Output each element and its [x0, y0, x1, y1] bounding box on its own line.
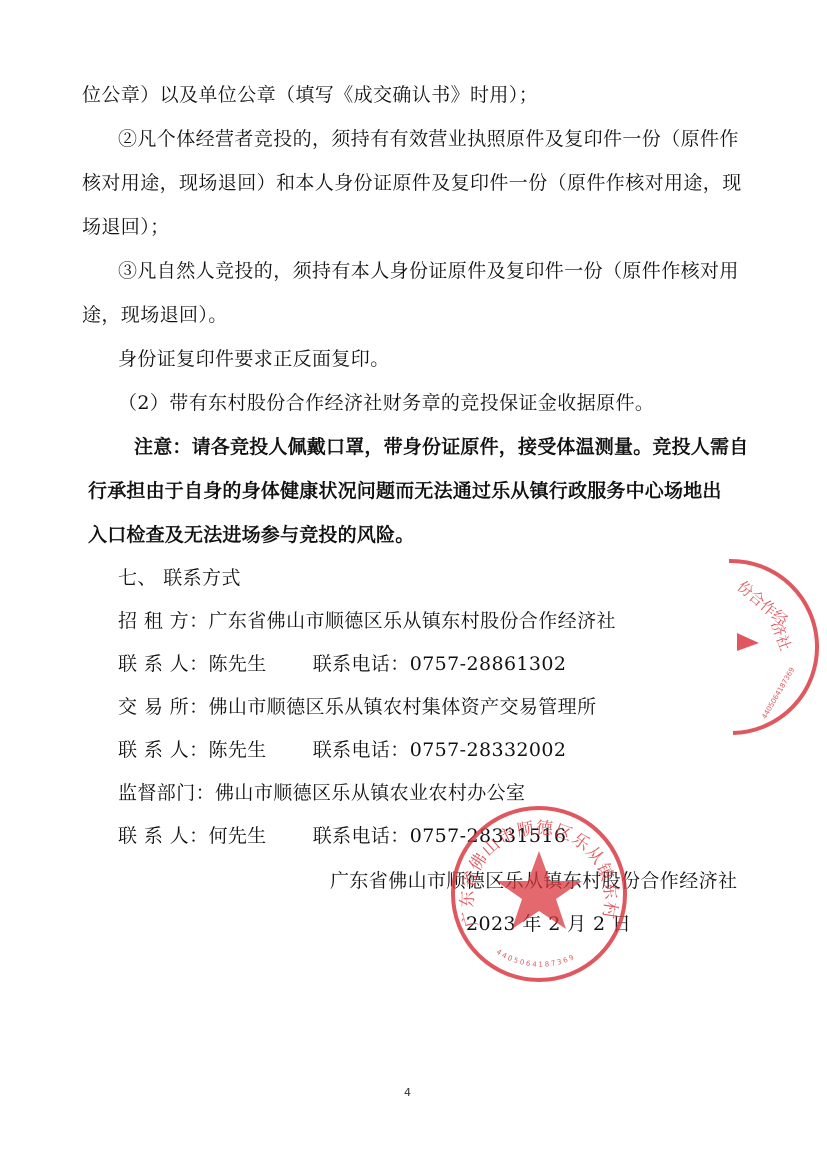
phone-value: 0757-28861302 [410, 653, 567, 675]
contact-row: 联 系 人：陈先生联系电话：0757-28861302 [118, 652, 566, 676]
lessor-row: 招 租 方：广东省佛山市顺德区乐从镇东村股份合作经济社 [118, 609, 616, 633]
svg-text:4405064187369: 4405064187369 [495, 948, 577, 969]
contact-row: 联 系 人：陈先生联系电话：0757-28332002 [118, 738, 566, 762]
contact-name: 陈先生 [208, 739, 266, 761]
paragraph-line: ③凡自然人竞投的，须持有本人身份证原件及复印件一份（原件作核对用 [118, 259, 739, 283]
notice-line: 注意：请各竞投人佩戴口罩，带身份证原件，接受体温测量。竞投人需自 [134, 435, 748, 459]
exchange-label: 交 易 所： [118, 695, 208, 719]
phone-label: 联系电话： [313, 653, 410, 675]
document-page: 位公章）以及单位公章（填写《成交确认书》时用）； ②凡个体经营者竞投的，须持有有… [0, 0, 827, 1169]
paragraph-line: （2）带有东村股份合作经济社财务章的竞投保证金收据原件。 [118, 391, 654, 415]
contact-name: 陈先生 [208, 653, 266, 675]
partial-seal-icon: 份合作经 济社 4405064187369 [707, 557, 827, 737]
phone-value: 0757-28331516 [410, 825, 567, 847]
svg-text:广东省佛山市顺德区乐从镇东村股份合作经济社: 广东省佛山市顺德区乐从镇东村股份合作经济社 [448, 803, 620, 929]
exchange-row: 交 易 所：佛山市顺德区乐从镇农村集体资产交易管理所 [118, 695, 597, 719]
signature-org: 广东省佛山市顺德区乐从镇东村股份合作经济社 [330, 869, 737, 893]
contact-name: 何先生 [208, 825, 266, 847]
svg-text:4405064187369: 4405064187369 [760, 666, 796, 720]
supervisor-value: 佛山市顺德区乐从镇农业农村办公室 [215, 782, 525, 804]
phone-label: 联系电话： [313, 825, 410, 847]
section-heading: 七、 联系方式 [118, 566, 241, 590]
exchange-value: 佛山市顺德区乐从镇农村集体资产交易管理所 [208, 696, 596, 718]
lessor-label: 招 租 方： [118, 609, 208, 633]
svg-text:济社: 济社 [767, 619, 794, 653]
paragraph-line: 场退回）； [82, 215, 170, 239]
contact-row: 联 系 人：何先生联系电话：0757-28331516 [118, 824, 566, 848]
lessor-value: 广东省佛山市顺德区乐从镇东村股份合作经济社 [208, 610, 615, 632]
paragraph-line: 核对用途，现场退回）和本人身份证原件及复印件一份（原件作核对用途，现 [82, 171, 742, 195]
paragraph-line: ②凡个体经营者竞投的，须持有有效营业执照原件及复印件一份（原件作 [118, 127, 739, 151]
paragraph-line: 位公章）以及单位公章（填写《成交确认书》时用）； [82, 83, 538, 107]
contact-label: 联 系 人： [118, 652, 208, 676]
contact-label: 联 系 人： [118, 824, 208, 848]
svg-text:份合作经: 份合作经 [734, 577, 792, 629]
signature-date: 2023 年 2 月 2 日 [466, 912, 631, 936]
notice-line: 行承担由于自身的身体健康状况问题而无法通过乐从镇行政服务中心场地出 [88, 479, 722, 503]
paragraph-line: 身份证复印件要求正反面复印。 [118, 347, 390, 371]
paragraph-line: 途，现场退回）。 [82, 303, 228, 327]
contact-label: 联 系 人： [118, 738, 208, 762]
phone-label: 联系电话： [313, 739, 410, 761]
phone-value: 0757-28332002 [410, 739, 567, 761]
supervisor-row: 监督部门：佛山市顺德区乐从镇农业农村办公室 [118, 781, 525, 805]
page-number: 4 [404, 1086, 411, 1099]
supervisor-label: 监督部门： [118, 781, 215, 805]
notice-line: 入口检查及无法进场参与竞投的风险。 [88, 523, 414, 547]
